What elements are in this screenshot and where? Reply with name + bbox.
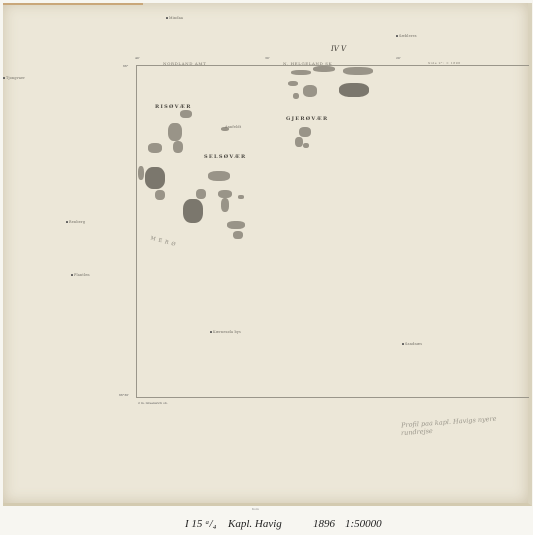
tick-top-mid: 30' <box>265 56 270 60</box>
catalog-id: I 15 ᵃ/₄ <box>185 518 216 530</box>
place-label: Plantlen <box>71 273 90 277</box>
bottom-left-note: 2 m. Greenwich ob. <box>138 401 168 405</box>
area-gjerovaer: GJERØVÆR <box>286 116 328 122</box>
place-label: Sæbleres <box>396 34 417 38</box>
place-label: Sandnæs <box>402 342 422 346</box>
area-selsovaer: SELSØVÆR <box>204 154 246 160</box>
map-frame <box>136 65 529 398</box>
place-label: Renberg <box>66 220 85 224</box>
map-sheet: NORDLAND AMT N. HELGELAND SK Side 2ᵃ: = … <box>3 3 532 506</box>
header-left: NORDLAND AMT <box>163 61 206 66</box>
catalog-year: 1896 <box>313 518 335 530</box>
catalog-scale: 1:50000 <box>345 518 382 530</box>
place-label: Tjongvaer <box>3 76 25 80</box>
sheet-number: IV V <box>331 45 346 53</box>
tick-left-top: 66° <box>123 64 128 68</box>
catalog-author: Kapl. Havig <box>228 518 282 530</box>
tick-left-bottom: 66°30' <box>119 393 129 397</box>
handwritten-note-line-2: rundrejse <box>401 427 433 437</box>
place-label: Kærnesøla bys <box>210 330 241 334</box>
catalog-stamp: Kom <box>252 507 259 511</box>
tick-top-left: 40' <box>135 56 140 60</box>
tick-top-right: 20' <box>396 56 401 60</box>
place-label: Mindaa <box>166 16 183 20</box>
header-right: Side 2ᵃ: = 1896 <box>428 61 461 65</box>
